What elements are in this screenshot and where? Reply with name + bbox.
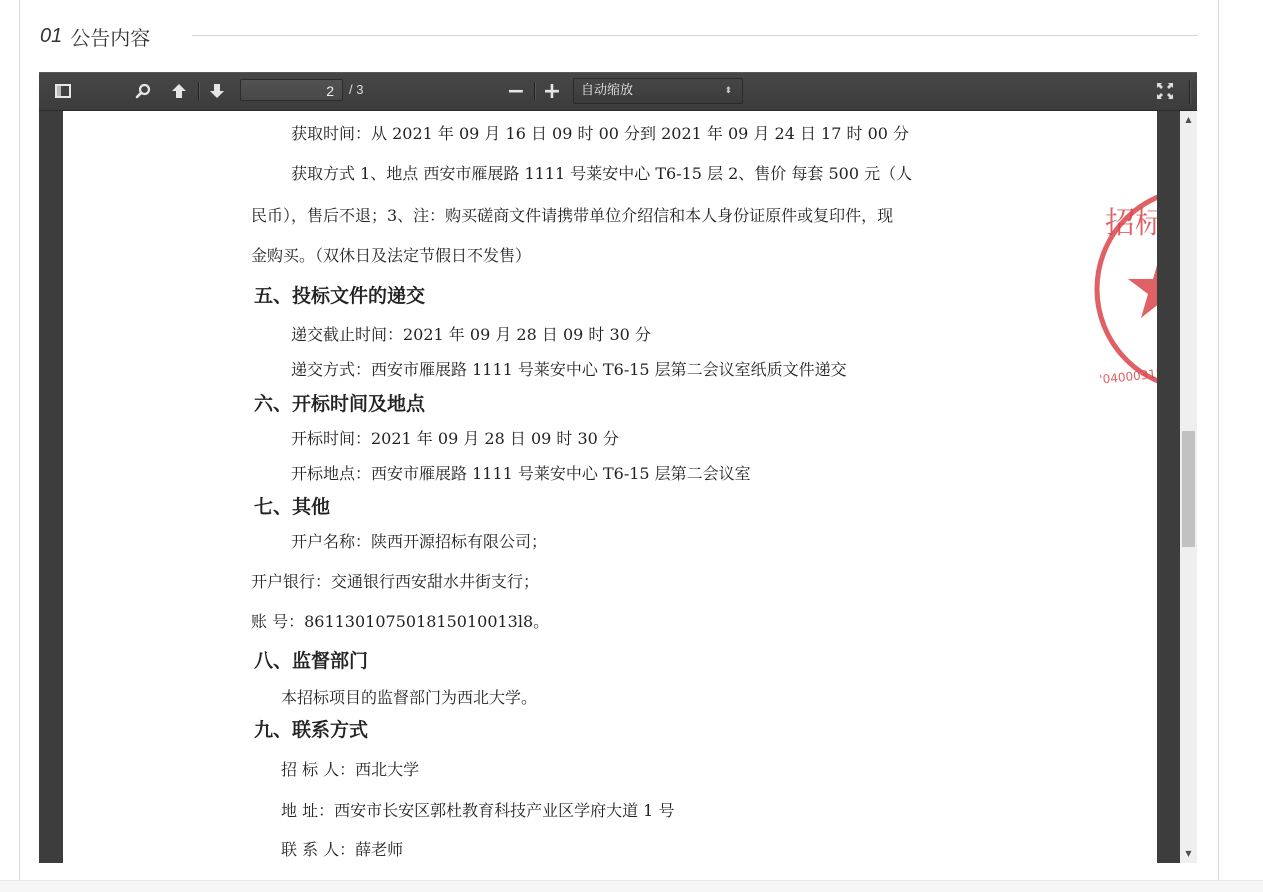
doc-heading: 八、监督部门	[254, 646, 368, 673]
doc-line: 联 系 人：薛老师	[281, 837, 403, 860]
doc-line: 本招标项目的监督部门为西北大学。	[281, 685, 537, 708]
toolbar-separator	[534, 82, 535, 100]
doc-line: 获取方式 1、地点 西安市雁展路 1111 号莱安中心 T6-15 层 2、售价…	[291, 161, 912, 184]
doc-heading: 六、开标时间及地点	[254, 389, 425, 416]
search-button[interactable]	[131, 79, 155, 103]
arrow-down-icon	[209, 83, 225, 99]
doc-heading: 五、投标文件的递交	[254, 281, 425, 308]
zoom-in-button[interactable]: +	[541, 79, 563, 103]
pdf-toolbar: 2 / 3 − + 自动缩放 ⬍	[39, 72, 1197, 111]
doc-line: 开户银行：交通银行西安甜水井街支行；	[251, 569, 539, 592]
section-number: 01	[40, 25, 62, 48]
pdf-viewer: 2 / 3 − + 自动缩放 ⬍ 获取时间：从 2021 年 09 月 16 日…	[39, 72, 1197, 863]
toolbar-separator	[1189, 80, 1190, 104]
scroll-up-icon[interactable]: ▲	[1180, 113, 1197, 127]
doc-line: 招 标 人：西北大学	[281, 757, 419, 780]
scrollbar-thumb[interactable]	[1182, 431, 1195, 547]
doc-line: 递交方式：西安市雁展路 1111 号莱安中心 T6-15 层第二会议室纸质文件递…	[291, 357, 847, 380]
toolbar-separator	[198, 82, 199, 100]
doc-line: 金购买。（双休日及法定节假日不发售）	[251, 243, 531, 266]
fullscreen-button[interactable]	[1153, 79, 1177, 103]
doc-line: 开标地点：西安市雁展路 1111 号莱安中心 T6-15 层第二会议室	[291, 461, 751, 484]
content-right-border	[1218, 0, 1219, 880]
zoom-out-button[interactable]: −	[505, 79, 527, 103]
previous-page-button[interactable]	[167, 79, 191, 103]
svg-text:'040003154: '040003154	[1099, 365, 1157, 386]
doc-line: 获取时间：从 2021 年 09 月 16 日 09 时 00 分到 2021 …	[291, 121, 909, 144]
seal-icon: 招标 '040003154	[1085, 183, 1157, 395]
select-arrows-icon: ⬍	[724, 79, 732, 103]
search-icon	[135, 83, 151, 99]
doc-heading: 七、其他	[254, 492, 330, 519]
doc-line: 开标时间：2021 年 09 月 28 日 09 时 30 分	[291, 426, 619, 449]
page-number-input[interactable]: 2	[240, 79, 343, 101]
section-title: 公告内容	[70, 22, 150, 51]
page-footer-band	[0, 880, 1263, 892]
doc-heading: 九、联系方式	[254, 715, 368, 742]
next-page-button[interactable]	[205, 79, 229, 103]
sidebar-toggle-icon	[55, 84, 71, 98]
doc-line: 地 址：西安市长安区郭杜教育科技产业区学府大道 1 号	[281, 798, 674, 821]
fullscreen-icon	[1156, 82, 1174, 100]
official-seal-stamp: 招标 '040003154	[1085, 183, 1157, 395]
section-divider	[192, 35, 1198, 36]
doc-line: 递交截止时间：2021 年 09 月 28 日 09 时 30 分	[291, 322, 651, 345]
vertical-scrollbar[interactable]: ▲ ▼	[1180, 111, 1197, 863]
content-left-border	[19, 0, 20, 880]
sidebar-toggle-button[interactable]	[51, 79, 75, 103]
pdf-page: 获取时间：从 2021 年 09 月 16 日 09 时 00 分到 2021 …	[63, 111, 1157, 863]
doc-line: 开户名称：陕西开源招标有限公司；	[291, 529, 547, 552]
seal-text: 招标	[1105, 206, 1157, 241]
doc-line: 民币），售后不退；3、注：购买磋商文件请携带单位介绍信和本人身份证原件或复印件，…	[251, 203, 893, 226]
zoom-select[interactable]: 自动缩放 ⬍	[573, 78, 743, 104]
scroll-down-icon[interactable]: ▼	[1180, 847, 1197, 861]
page-total: / 3	[349, 82, 363, 97]
zoom-select-value: 自动缩放	[581, 83, 633, 98]
section-heading: 01 公告内容	[40, 22, 150, 50]
arrow-up-icon	[171, 83, 187, 99]
doc-line: 账 号：861130107501815010013l8。	[251, 609, 549, 632]
pdf-page-area[interactable]: 获取时间：从 2021 年 09 月 16 日 09 时 00 分到 2021 …	[39, 111, 1180, 863]
